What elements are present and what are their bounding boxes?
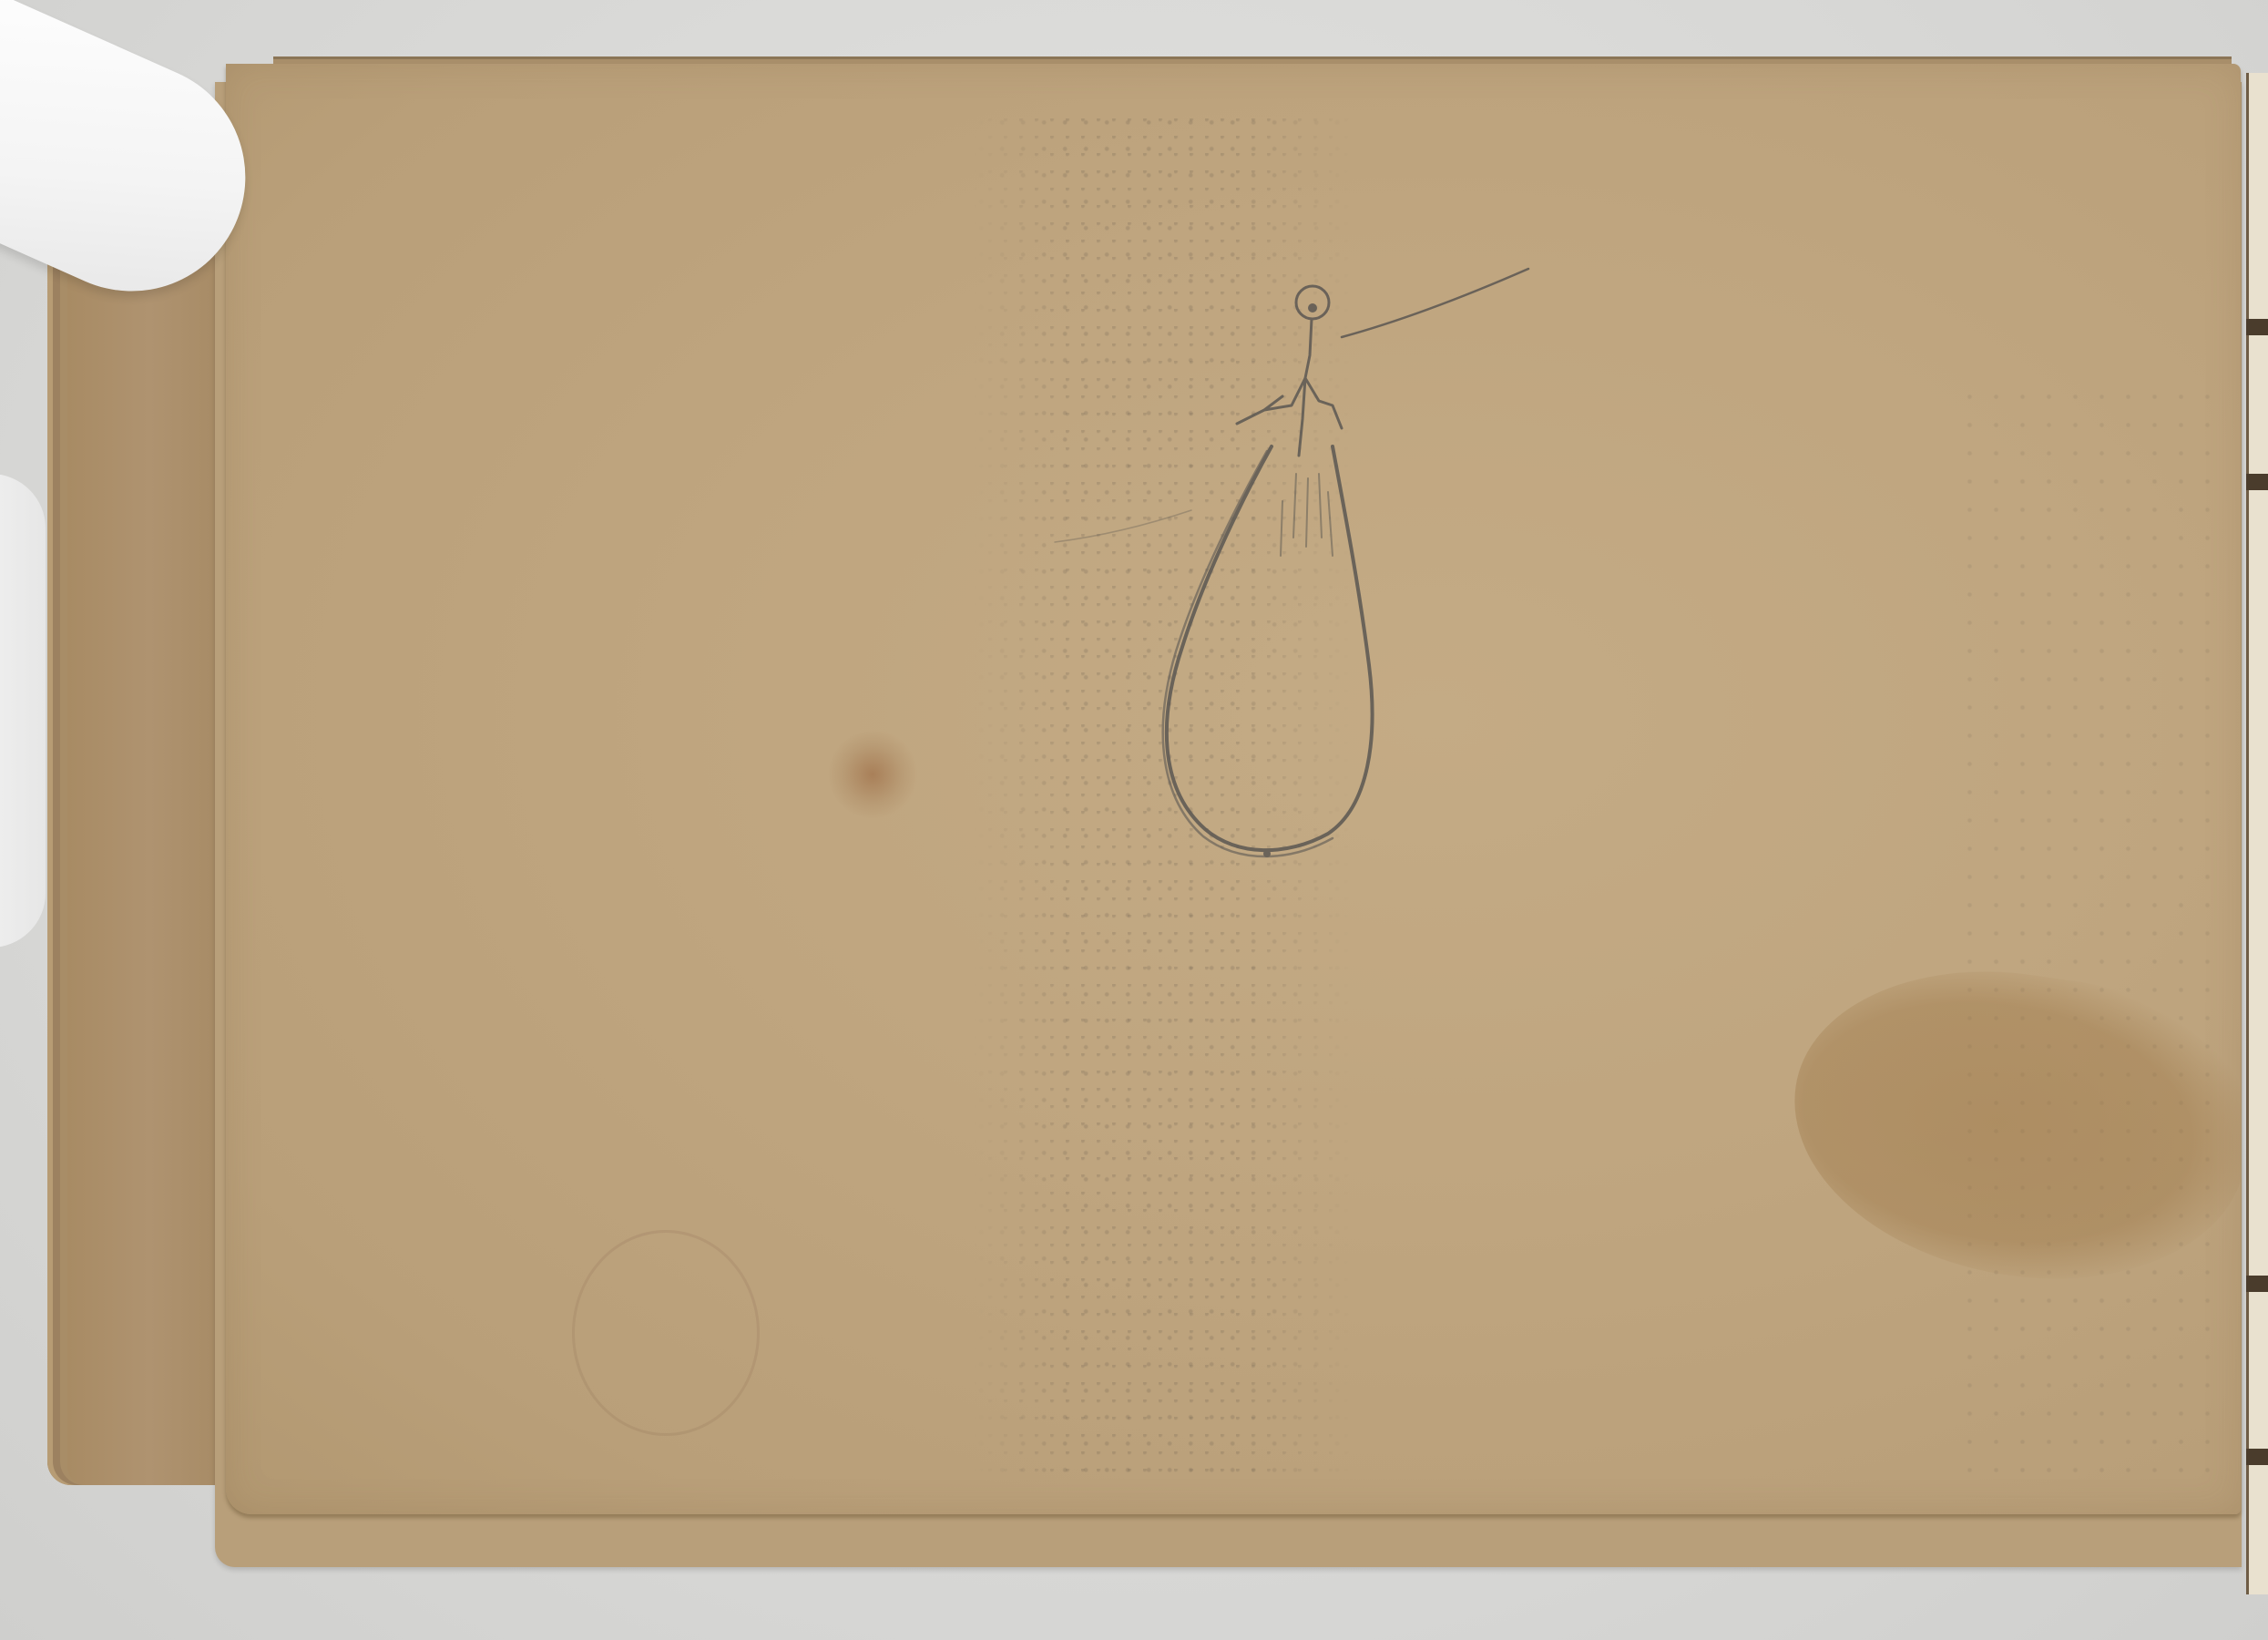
cover-inner <box>67 137 231 1485</box>
binding-stitch <box>2246 1449 2268 1465</box>
binding-stitch <box>2246 474 2268 490</box>
binding-stitch <box>2246 1276 2268 1292</box>
binding-stitch <box>2246 319 2268 335</box>
pencil-sketch-eggplant <box>226 64 2241 1514</box>
sketchbook-page <box>226 64 2241 1514</box>
binding-strip <box>2246 73 2268 1594</box>
lower-holder-tool <box>0 474 46 948</box>
